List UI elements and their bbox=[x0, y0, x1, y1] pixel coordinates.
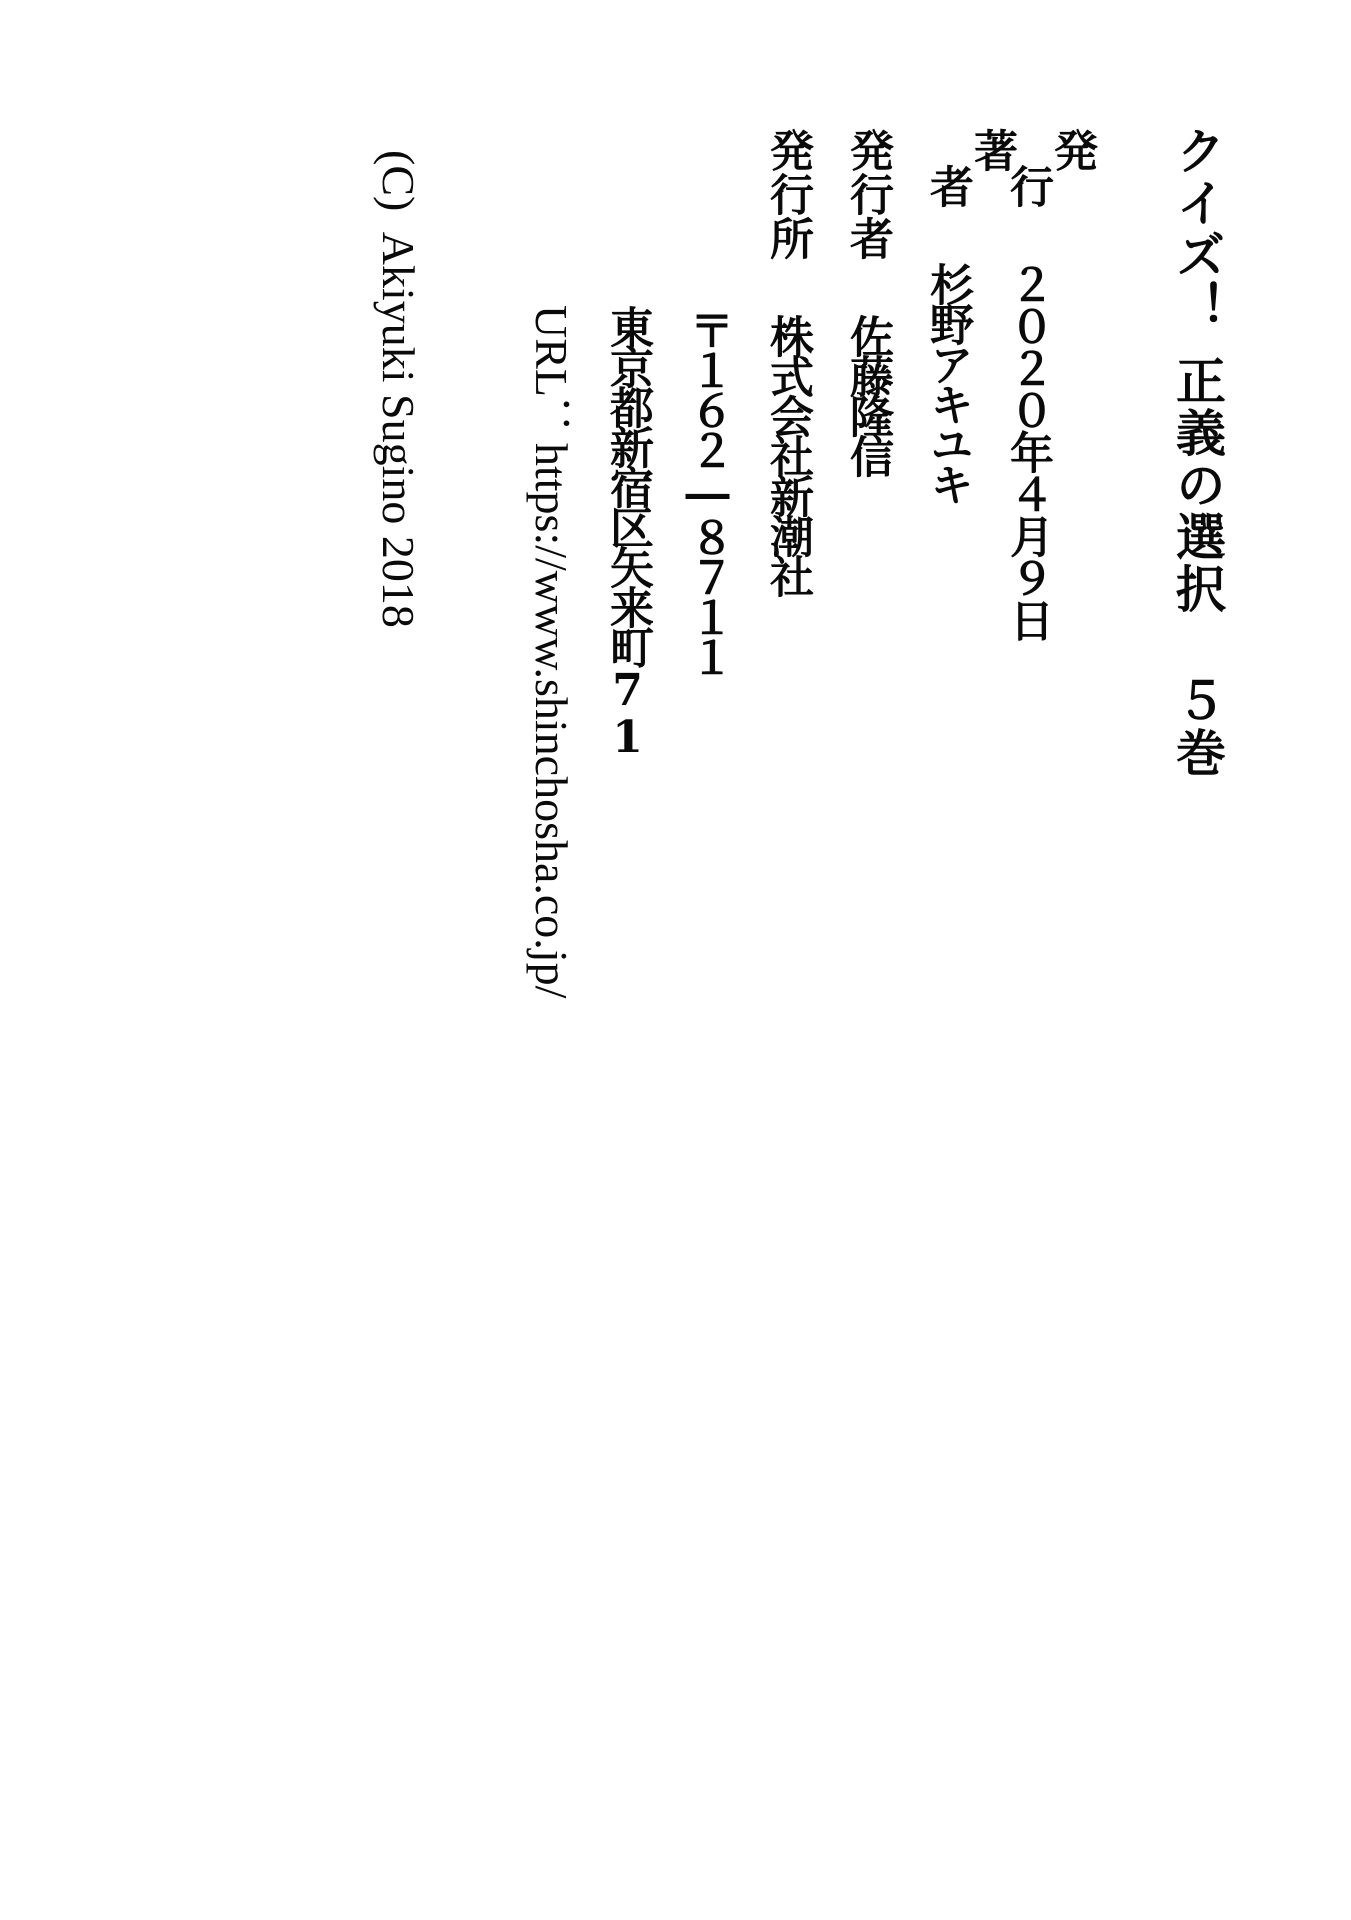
entry-publishing-house: 発行所株式会社新潮社 bbox=[765, 128, 809, 594]
copyright-notice: (C) Akiyuki Sugino 2018 bbox=[375, 150, 421, 628]
publisher-url[interactable]: https://www.shinchosha.co.jp/ bbox=[526, 443, 577, 998]
publishing-house-name: 株式会社新潮社 bbox=[765, 314, 809, 594]
entry-label-publication: 発行 bbox=[1005, 128, 1093, 208]
url-label: URL： bbox=[526, 305, 577, 443]
entry-publication-date: 発行 ２０２０年４月９日 bbox=[1005, 128, 1093, 640]
colophon-page: クイズ！正義の選択５巻 発行 ２０２０年４月９日 著者 杉野アキユキ 発行者佐藤… bbox=[0, 0, 1351, 1920]
entry-label-author: 著者 bbox=[925, 128, 1013, 208]
title-sub: 正義の選択 bbox=[1168, 355, 1227, 615]
entry-label-publishing-house: 発行所 bbox=[765, 128, 809, 260]
postal-code: 〒１６２―８７１１ bbox=[685, 308, 729, 675]
publisher-person-name: 佐藤隆信 bbox=[845, 314, 889, 474]
entry-label-publisher-person: 発行者 bbox=[845, 128, 889, 260]
volume-number: ５巻 bbox=[1168, 675, 1227, 779]
publisher-url-line: URL：https://www.shinchosha.co.jp/ bbox=[528, 305, 574, 998]
street-address: 東京都新宿区矢来町71 bbox=[605, 305, 649, 759]
entry-publisher-person: 発行者佐藤隆信 bbox=[845, 128, 889, 474]
title-main: クイズ！ bbox=[1168, 125, 1227, 333]
author-name: 杉野アキユキ bbox=[925, 262, 969, 502]
entry-author: 著者 杉野アキユキ bbox=[925, 128, 1013, 502]
book-title: クイズ！正義の選択５巻 bbox=[1172, 125, 1222, 779]
